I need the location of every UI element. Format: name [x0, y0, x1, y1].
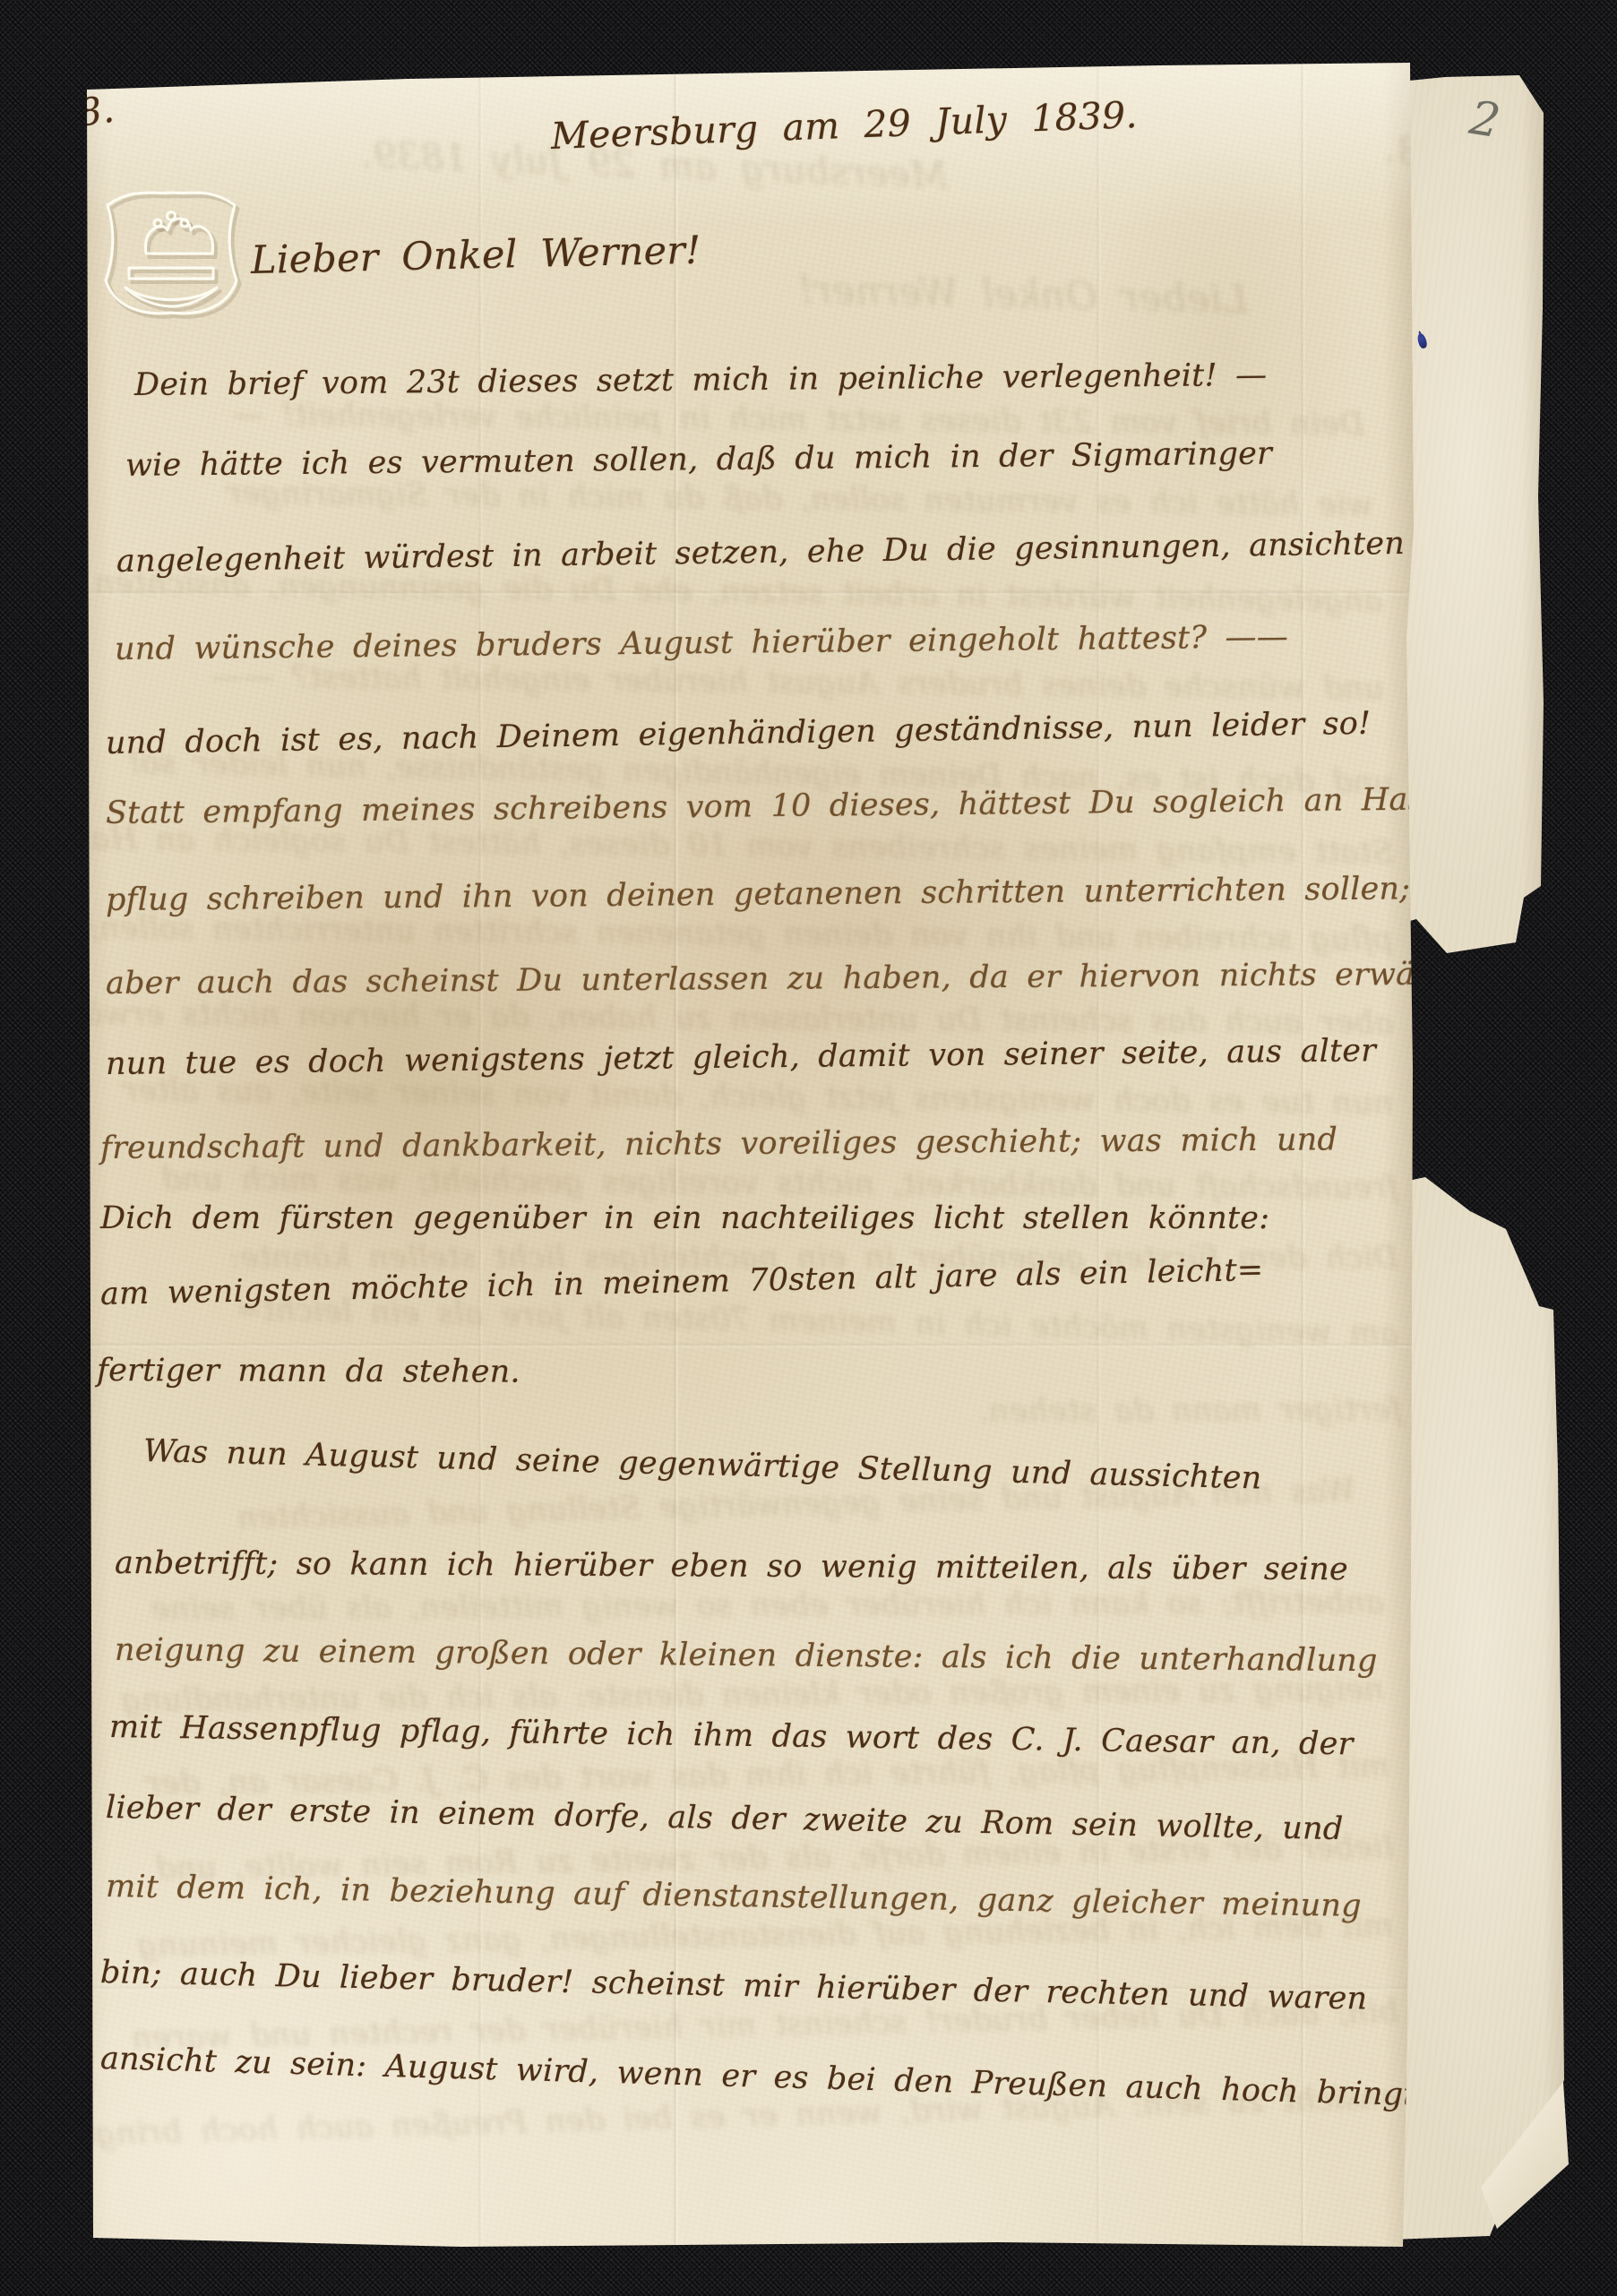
letter-sheet: 8. Meersburg am 29 July 1839. Lieber Onk… — [85, 63, 1414, 2249]
handwriting-line: neigung zu einem großen oder kleinen die… — [115, 1632, 1378, 1679]
handwriting-line: aber auch das scheinst Du unterlassen zu… — [106, 956, 1479, 1002]
handwriting-line: Was nun August und seine gegenwärtige St… — [143, 1433, 1262, 1496]
handwriting-line: fertiger mann da stehen. — [97, 1353, 520, 1390]
handwriting-line: und doch ist es, nach Deinem eigenhändig… — [106, 706, 1372, 761]
photograph-of-letter: 2 — [0, 0, 1617, 2296]
handwriting-line: freundschaft und dankbarkeit, nichts vor… — [100, 1122, 1337, 1166]
blue-ink-blot — [1416, 332, 1428, 349]
handwriting-line: am wenigsten möchte ich in meinem 70sten… — [100, 1252, 1264, 1312]
handwriting-line: ansicht zu sein: August wird, wenn er es… — [99, 2041, 1426, 2113]
handwriting-line: angelegenheit würdest in arbeit setzen, … — [116, 526, 1406, 580]
handwriting-line: mit dem ich, in beziehung auf dienstanst… — [106, 1869, 1362, 1924]
page-number-pencil: 2 — [1466, 95, 1503, 146]
second-sheet-upper-piece: 2 — [1391, 75, 1545, 953]
handwriting-line: und wünsche deines bruders August hierüb… — [115, 619, 1288, 667]
handwriting-line: pflug schreiben und ihn von deinen getan… — [106, 871, 1411, 918]
salutation: Lieber Onkel Werner! — [250, 228, 701, 283]
dateline: Meersburg am 29 July 1839. — [550, 93, 1138, 158]
handwriting-line: Dein brief vom 23t dieses setzt mich in … — [134, 357, 1268, 403]
page-number-ink: 8. — [75, 87, 117, 135]
handwriting-line: Dich dem fürsten gegenüber in ein nachte… — [100, 1200, 1269, 1236]
handwriting-line: wie hätte ich es vermuten sollen, daß du… — [125, 436, 1272, 484]
handwriting-line: bin; auch Du lieber bruder! scheinst mir… — [100, 1955, 1368, 2017]
handwriting-line: nun tue es doch wenigstens jetzt gleich,… — [106, 1033, 1377, 1082]
handwriting-line: anbetrifft; so kann ich hierüber eben so… — [115, 1545, 1348, 1587]
second-sheet-lower-piece — [1391, 1174, 1567, 2245]
handwriting-line: Statt empfang meines schreibens vom 10 d… — [106, 781, 1506, 831]
handwriting-layer: 8. Meersburg am 29 July 1839. Lieber Onk… — [85, 63, 1414, 2249]
handwriting-line: lieber der erste in einem dorfe, als der… — [106, 1790, 1344, 1847]
handwriting-line: mit Hassenpflug pflag, führte ich ihm da… — [109, 1709, 1354, 1762]
